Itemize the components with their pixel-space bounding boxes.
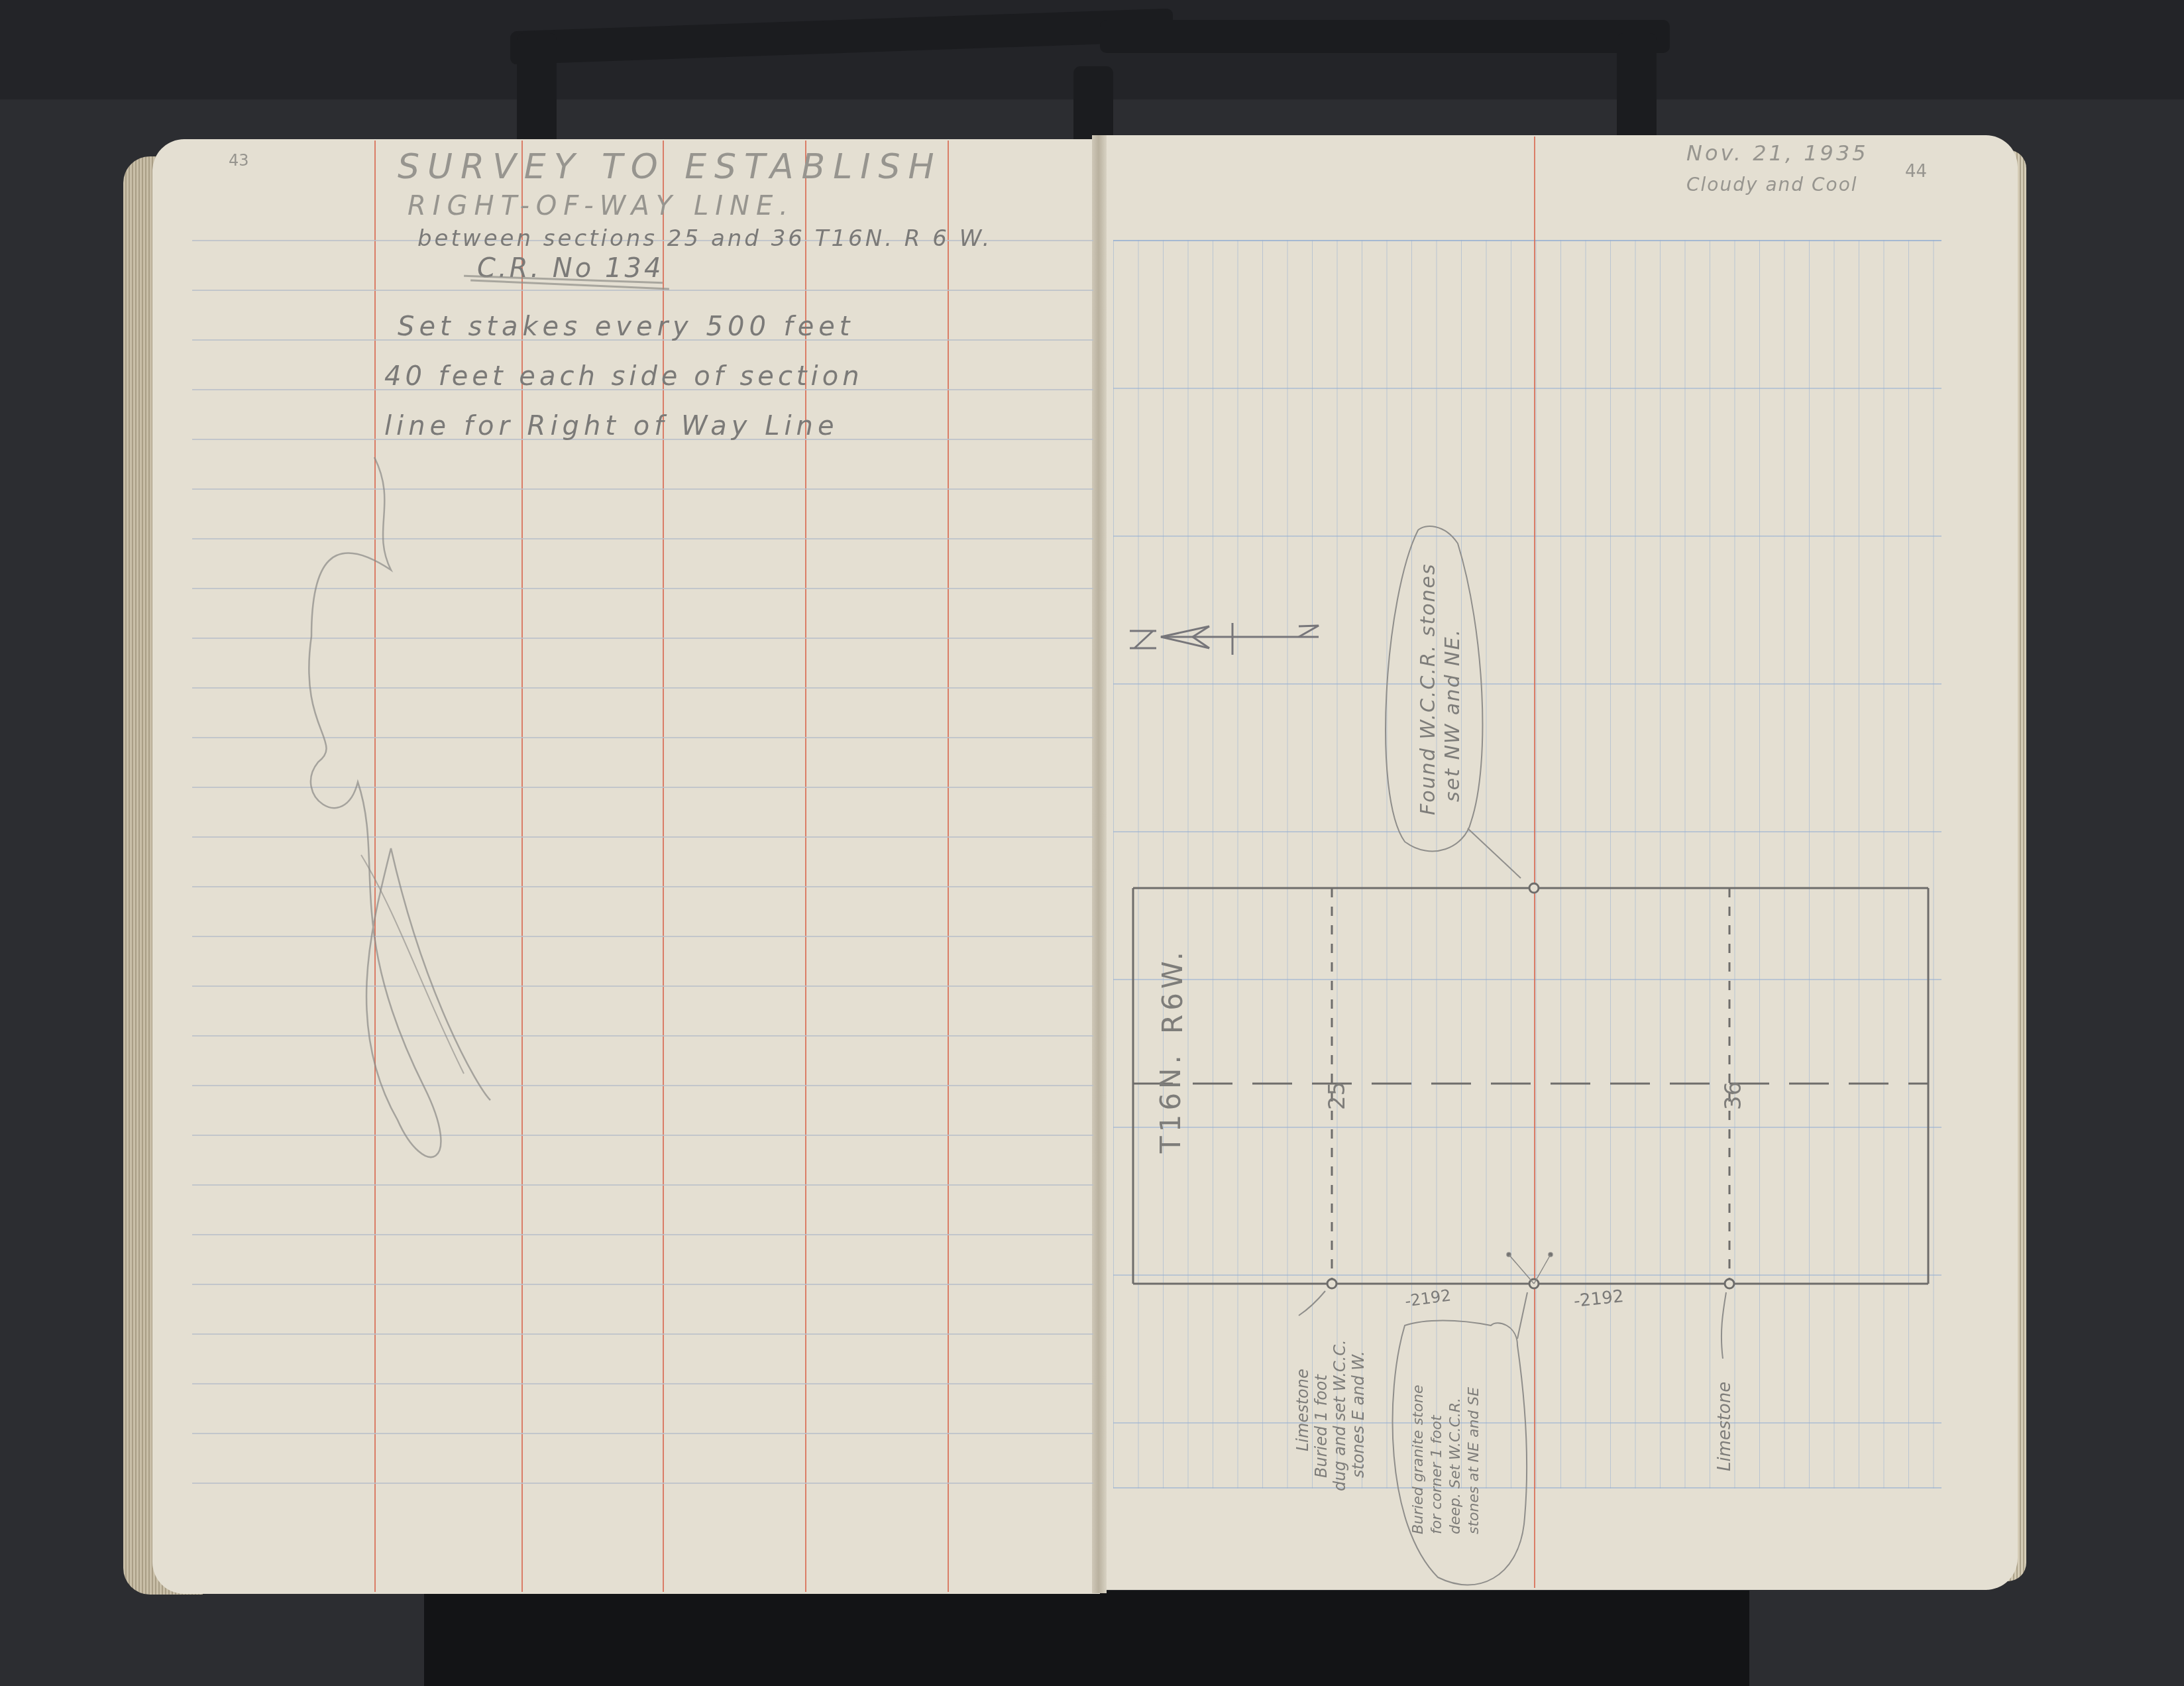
note-mid-deep: deep. Set W.C.C.R. (1447, 1398, 1464, 1534)
note-found-stones-2: set NW and NE. (1441, 628, 1464, 802)
note-right-limestone: Limestone (1715, 1382, 1735, 1471)
note-left-dug: dug and set W.C.C. (1331, 1339, 1349, 1491)
section-25-label: 25 (1324, 1082, 1350, 1110)
township-label: T16N. (1154, 1051, 1187, 1153)
note-left-buried: Buried 1 foot (1312, 1375, 1331, 1478)
note-left-stones: stones E and W. (1349, 1351, 1368, 1478)
north-arrow-icon (1130, 623, 1319, 655)
note-mid-stones: stones at NE and SE (1466, 1387, 1482, 1534)
note-mid-granite: Buried granite stone (1410, 1385, 1427, 1534)
note-left-limestone: Limestone (1293, 1369, 1312, 1451)
note-mid-corner: for corner 1 foot (1429, 1415, 1445, 1534)
note-found-stones-1: Found W.C.C.R. stones (1417, 563, 1440, 815)
range-label: R6W. (1156, 948, 1189, 1034)
survey-diagram (0, 0, 2184, 1686)
section-36-label: 36 (1720, 1082, 1747, 1110)
